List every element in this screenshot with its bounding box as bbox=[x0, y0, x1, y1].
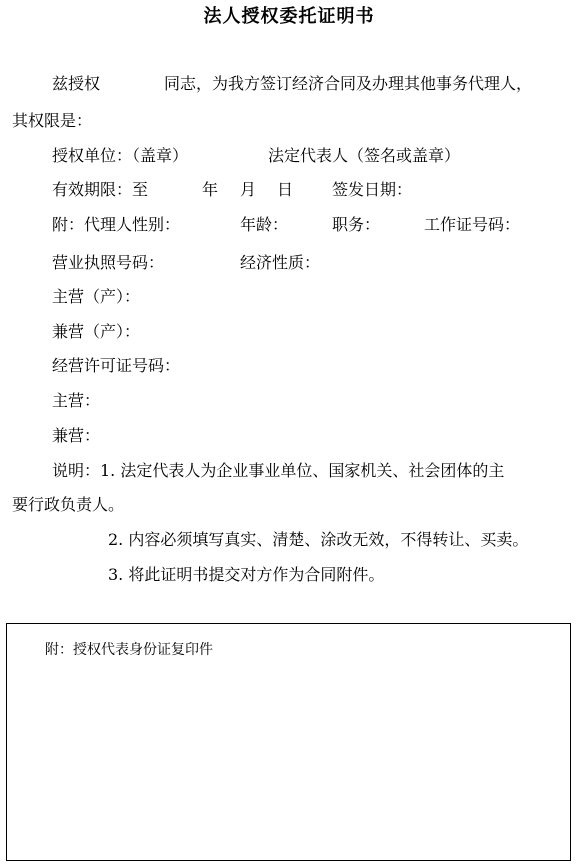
id-copy-attachment-box: 附：授权代表身份证复印件 bbox=[6, 623, 571, 861]
agent-age-label: 年龄： bbox=[240, 217, 288, 233]
validity-year: 年 bbox=[202, 182, 218, 198]
authorizing-unit-label: 授权单位：（盖章） bbox=[52, 148, 188, 164]
agent-position-label: 职务： bbox=[332, 217, 380, 233]
validity-label: 有效期限：至 bbox=[52, 182, 148, 198]
document-title: 法人授权委托证明书 bbox=[0, 8, 578, 26]
side-business-product-label: 兼营（产）： bbox=[52, 324, 140, 340]
note-3: 3. 将此证明书提交对方作为合同附件。 bbox=[108, 567, 384, 583]
work-id-label: 工作证号码： bbox=[424, 217, 520, 233]
business-license-label: 营业执照号码： bbox=[52, 255, 164, 271]
economic-nature-label: 经济性质： bbox=[240, 255, 320, 271]
attachment-label: 附：授权代表身份证复印件 bbox=[45, 639, 213, 659]
note-1-continued: 要行政负责人。 bbox=[12, 497, 124, 513]
agent-gender-label: 附：代理人性别： bbox=[52, 217, 180, 233]
legal-representative-label: 法定代表人（签名或盖章） bbox=[268, 148, 460, 164]
operating-permit-label: 经营许可证号码： bbox=[52, 358, 180, 374]
issue-date-label: 签发日期： bbox=[332, 182, 412, 198]
main-business-label: 主营： bbox=[52, 393, 100, 409]
main-business-product-label: 主营（产）： bbox=[52, 289, 140, 305]
intro-prefix: 兹授权 bbox=[52, 76, 100, 92]
validity-day: 日 bbox=[277, 182, 293, 198]
note-2: 2. 内容必须填写真实、清楚、涂改无效，不得转让、买卖。 bbox=[108, 532, 528, 548]
side-business-label: 兼营： bbox=[52, 428, 100, 444]
intro-continued: 其权限是： bbox=[12, 113, 92, 129]
validity-month: 月 bbox=[240, 182, 256, 198]
note-1: 说明：1. 法定代表人为企业事业单位、国家机关、社会团体的主 bbox=[52, 463, 504, 479]
intro-text: 同志，为我方签订经济合同及办理其他事务代理人， bbox=[164, 76, 532, 92]
